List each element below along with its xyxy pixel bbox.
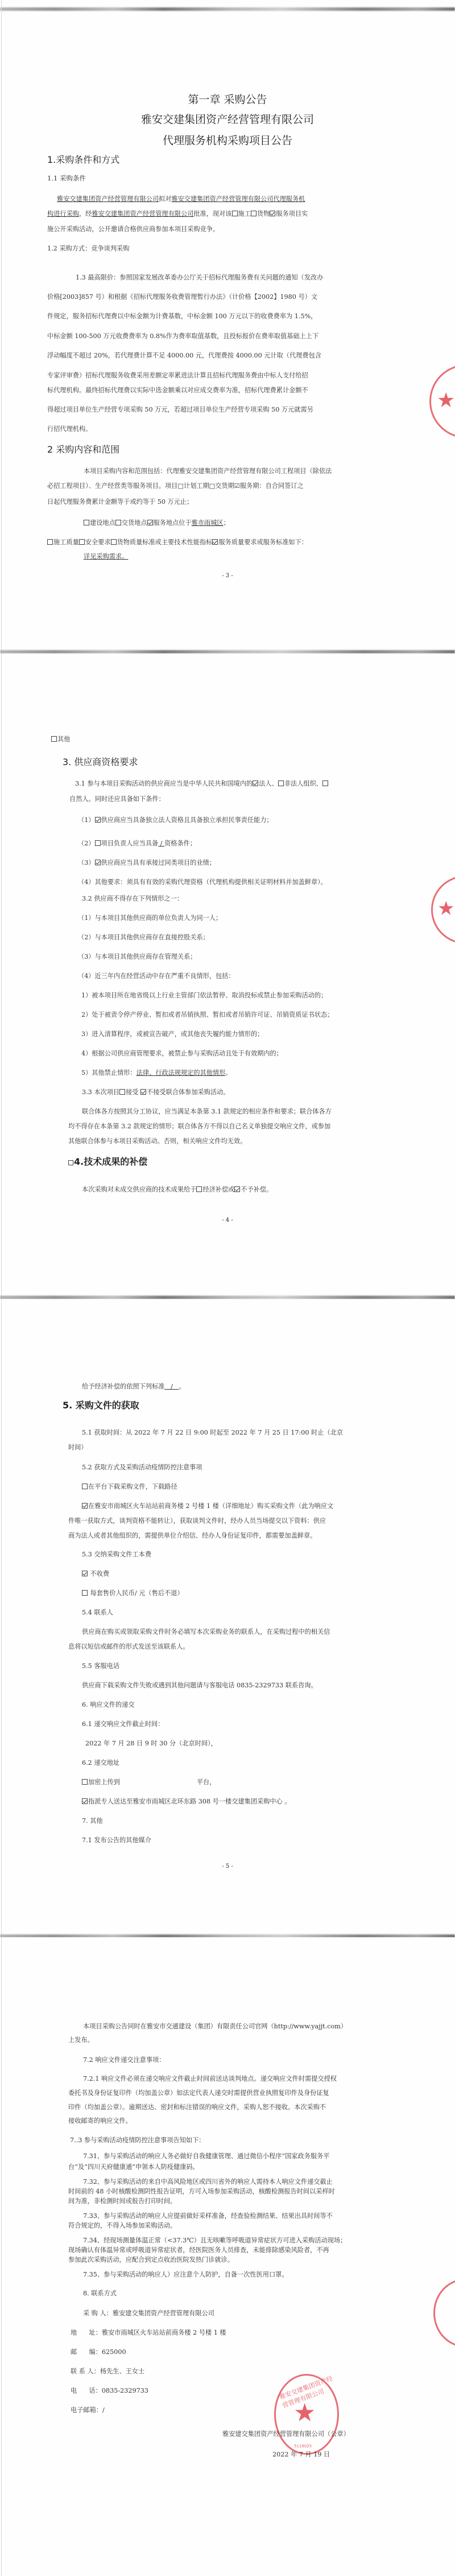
- section-6-2-label: 6.2 递交地址: [82, 1760, 119, 1766]
- section-1-3-line: 价格[2003]857 号）和根据《招标代理服务收费管理暂行办法》（计价格【20…: [47, 294, 317, 300]
- exclusion-item: （1）与本项目其他供应商的单位负责人为同一人；: [78, 915, 222, 921]
- section-6-label: 6. 响应文件的递交: [82, 1702, 135, 1708]
- checkbox-goods[interactable]: [251, 211, 257, 216]
- section-7-33-line: 符合规定的，不得入场参加采购活动。: [68, 2222, 176, 2229]
- section-7-1-line: 上发布。: [68, 2037, 94, 2043]
- section-3-3: 3.3 本次项目接受 不接受联合体参加采购活动。: [82, 1089, 230, 1095]
- section-7-3-label: 7..3 参与采购活动疫情防控注意事项告知如下：: [70, 2137, 205, 2143]
- page-number: - 4 -: [0, 1217, 455, 1223]
- section-1-2: 1.2 采购方式：竞争谈判采购: [47, 245, 129, 252]
- contact-postcode: 邮 编：625000: [71, 2349, 126, 2355]
- compensation-standard: 给予经济补偿的依照下列标准 / 。: [82, 1383, 185, 1390]
- qualification-item: （3）供应商应当具有承接过同类项目的业绩；: [78, 860, 216, 866]
- section-3-2-label: 3.2 供应商不得存在下列情形之一：: [82, 895, 183, 902]
- section-7-34-line: 参加此次采购活动，应配合到定点收治医院发热门诊就诊。: [68, 2257, 234, 2263]
- section-1-3-line: 标代理机构。最终招标代理费以实际中选金额乘以对应成交费率为准，招标代理费累计金额…: [47, 387, 308, 393]
- section-4-heading: 4.技术成果的补偿: [68, 1155, 147, 1168]
- section-2-quality: 施工质量安全要求货物质量标准或主要技术性能指标服务质量要求或服务标准如下：: [47, 539, 308, 545]
- checkbox-economic-compensation[interactable]: [196, 1186, 202, 1192]
- section-7-32-line: 7.32、参与采购活动的来自中高风险地区或四川省外的响应人需持本人响应文件递交截…: [83, 2179, 333, 2185]
- checkbox-service-quality[interactable]: [212, 539, 218, 545]
- checkbox-section-4[interactable]: [68, 1160, 73, 1165]
- page-4: 本项目采购公告同时在雅安市交通建设（集团）有限责任公司官网（http://www…: [0, 1937, 455, 2576]
- section-7-31-line: 台”及“四川天府健康通”申领本人防疫健康码。: [68, 2164, 199, 2170]
- section-3-3-line: 联合体各方按照其分工协议，应当满足本条第 3.1 款规定的相应条件和要求；联合体…: [82, 1108, 332, 1115]
- chapter-title: 第一章 采购公告: [0, 91, 455, 106]
- checkbox-legal-person[interactable]: [253, 780, 258, 786]
- company-seal-partial: [433, 2279, 455, 2347]
- page-number: - 3 -: [0, 573, 455, 579]
- checkbox-construction-quality[interactable]: [47, 539, 53, 545]
- contact-person: 联 系 人：杨先生、王女士: [71, 2368, 144, 2374]
- section-1-3-line: 浮动幅度不超过 20%，若代理费计算不足 4000.00 元，代理费按 4000…: [47, 352, 321, 359]
- section-5-heading: 5. 采购文件的获取: [63, 1398, 139, 1411]
- contact-phone: 电 话：0835-2329733: [71, 2388, 148, 2394]
- checkbox-qualification-2[interactable]: [95, 840, 101, 846]
- section-5-5-label: 5.5 客服电话: [82, 1663, 119, 1669]
- section-7-2-1-line: 接收邮寄的响应文件。: [68, 2118, 132, 2124]
- section-1-3-line: 专家评审费）招标代理服务收费采用差额定率累进法计算且招标代理服务费由中标人支付给…: [47, 372, 308, 379]
- checkbox-build-site[interactable]: [84, 520, 89, 525]
- section-3-3-line: 其他联合体参与本项目采购活动。否则，相关响应文件均无效。: [68, 1138, 246, 1144]
- page-2: 其他 3. 供应商资格要求 3.1 参与本项目采购活动的供应商应当是中华人民共和…: [0, 654, 455, 1299]
- signature-date: 2022 年 7 月 19 日: [272, 2451, 330, 2458]
- exclusion-sub-item: 1）被本项目所在地省级以上行业主管部门依法暂停、取消投标或禁止参加采购活动的；: [81, 992, 327, 999]
- section-1-3-line: 得超过项目单位生产经营专项采购 50 万元，若超过项目单位生产经营专项采购 50…: [47, 406, 313, 413]
- section-5-1-line-2: 时间）: [68, 1444, 88, 1451]
- section-6-1-label: 6.1 递交响应文件截止时间：: [82, 1721, 164, 1727]
- section-1-3-line: 1.3 最高限价：参照国家发展改革委办公厅关于招标代理服务费有关问题的通知（发改…: [76, 274, 323, 281]
- section-8-label: 8. 联系方式: [83, 2290, 117, 2296]
- exclusion-item: （2）与本项目其他供应商存在直接控股关系；: [78, 934, 209, 940]
- page-border: [1, 1937, 2, 2576]
- section-7-label: 7. 其他: [82, 1818, 103, 1824]
- section-7-2-1-line: 委托书及身份证复印件（均加盖公章）如法定代表人递交时需提供营业执照复印件及身份证…: [68, 2090, 329, 2096]
- section-1-1-label: 1.1 采购条件: [47, 175, 86, 182]
- company-seal-partial: ★: [429, 364, 455, 438]
- section-1-1-line-1: 雅安交建集团资产经营管理有限公司拟对雅安交建集团资产经营管理有限公司代理服务机: [57, 196, 305, 202]
- purchase-option: 在雅安市雨城区火车站站前商务楼 2 号楼 1 楼（详细地址）购买采购文件（此为响…: [82, 1503, 333, 1509]
- section-7-2-1-line: 印件（均加盖公章）。逾期送达、密封和标注错误的响应文件，采购人恕不接收。本次采购…: [68, 2104, 326, 2110]
- purchase-option-line: 商为法人或者其他组织的，需提供单位介绍信、经办人身份证复印件，都需要加盖鲜章。: [68, 1533, 316, 1539]
- exclusion-item: （4）近三年内在经营活动中存在严重不良情形，包括：: [78, 973, 235, 979]
- checkbox-safety[interactable]: [79, 539, 85, 545]
- checkbox-platform-download[interactable]: [82, 1484, 88, 1489]
- submission-deadline: 2022 年 7 月 28 日 9 时 30 分（北京时间），: [85, 1740, 217, 1747]
- checkbox-qualification-3[interactable]: [95, 860, 101, 865]
- checkbox-delivery-site[interactable]: [115, 520, 121, 525]
- contact-purchaser: 采 购 人：雅安建交集团资产经营管理有限公司: [83, 2310, 214, 2316]
- section-1-3-line: 件规定，服务招标代理费以中标金额为计费基数，中标金额 100 万元以下的收费费率…: [47, 313, 317, 319]
- fee-option-paid: 每套售价人民币/ 元（售后不退）: [82, 1590, 184, 1596]
- checkbox-accept-consortium[interactable]: [119, 1089, 125, 1095]
- section-2-location: 建设地点交货地点服务地点位于雅市雨城区；: [84, 520, 230, 526]
- qualification-item: （2）项目负责人应当具备 / 资格条件；: [78, 840, 196, 847]
- checkbox-hand-delivery[interactable]: [82, 1798, 88, 1804]
- page-number: - 5 -: [0, 1863, 455, 1870]
- exclusion-sub-item: 4）根据公司供应商管理要求，被禁止参与采购活动且处于有效期内的；: [81, 1050, 283, 1057]
- checkbox-other[interactable]: [51, 736, 57, 742]
- section-5-4-line: 息将以短信或邮件的形式发送至该联系人。: [68, 1644, 189, 1650]
- section-7-34-line: 现场确认有体温异常或呼吸道异常症状者，经医院医务人员排查，未能排除感染风险者，不…: [68, 2247, 329, 2253]
- section-7-32-line: 时间前的 48 小时核酸检测阴性报告证明，方可入场参加采购活动，核酸检测报告时间…: [68, 2188, 335, 2195]
- section-4-text: 本次采购对未成交供应商的技术成果给于经济补偿或不予补偿。: [82, 1186, 272, 1193]
- qualification-item: （4）其他要求：须具有有效的采购代理资格（代理机构提供相关证明材料并加盖鲜章）。: [78, 879, 327, 885]
- checkbox-service[interactable]: [270, 211, 275, 216]
- company-seal-partial: ★: [431, 876, 455, 944]
- section-5-1-line-1: 5.1 获取时间：从 2022 年 7 月 22 日 9:00 时起至 2022…: [82, 1429, 343, 1436]
- section-5-3-label: 5.3 交纳采购文件工本费: [82, 1551, 151, 1558]
- purchase-option-line: 件唯一获取方式，谈判资格不能转让），获取谈判文件时，经办人员当场提交以下资料：供…: [68, 1518, 326, 1524]
- checkbox-onsite-purchase[interactable]: [82, 1503, 88, 1509]
- section-7-32-line: 间为准，非检测时间或报告打印时间。: [68, 2198, 176, 2204]
- checkbox-natural-person[interactable]: [322, 780, 328, 786]
- section-2-quality-value: 详见采购需求。: [84, 553, 128, 560]
- checkbox-service-site[interactable]: [147, 520, 153, 525]
- contact-address: 地 址：雅安市雨城区火车站站前商务楼 2 号楼 1 楼: [71, 2330, 226, 2336]
- page-border: [1, 654, 2, 1299]
- company-title: 雅安交建集团资产经营管理有限公司: [0, 111, 455, 126]
- exclusion-sub-item: 5）其他禁止情形：法律、行政法规规定的其他情形。: [81, 1070, 231, 1076]
- page-border: [1, 1299, 2, 1937]
- section-1-3-line: 行招代理机构。: [47, 426, 92, 432]
- section-1-1-line-2: 构进行采购，经雅安交建集团资产经营管理有限公司批准，现对该施工货物服务项目实: [47, 211, 308, 217]
- section-1-1-line-3: 施公开采购活动，公开邀请合格供应商参加本项目采购竞争。: [47, 226, 219, 232]
- section-1-3-line: 中标金额 100-500 万元收费费率为 0.8%作为费率取值基数，且投标报价在…: [47, 333, 318, 339]
- checkbox-reject-consortium[interactable]: [140, 1089, 146, 1095]
- section-3-heading: 3. 供应商资格要求: [63, 755, 138, 768]
- checkbox-construction[interactable]: [232, 211, 238, 216]
- scan-edge-top: [0, 7, 455, 11]
- section-3-3-line: 均不得存在本条第 3.2 款规定的情形；联合体各方不得以自己名义单独提交响应文件…: [68, 1123, 330, 1129]
- contact-email: 电子邮箱：/: [71, 2407, 105, 2413]
- exclusion-sub-item: 2）处于被责令停产停业、暂扣或者吊销执照、暂扣或者吊销许可证、吊销资质证书状态；: [81, 1012, 333, 1018]
- download-option: 在平台下载采购文件，下载路径: [82, 1484, 177, 1490]
- checkbox-free[interactable]: [82, 1571, 88, 1576]
- delivery-option: 指派专人送达至雅安市雨城区北环东路 308 号一楼交建集团采购中心 。: [82, 1798, 291, 1805]
- section-7-31-line: 7.31、参与采购活动的响应人务必做好自我健康管理、通过微信小程序“国家政务服务…: [83, 2153, 329, 2159]
- upload-option: 加密上传到平台，: [82, 1779, 216, 1785]
- section-7-1-line: 本项目采购公告同时在雅安市交通建设（集团）有限责任公司官网（http://www…: [83, 2023, 347, 2029]
- checkbox-non-legal-org[interactable]: [278, 780, 284, 786]
- checkbox-qualification-1[interactable]: [95, 817, 101, 823]
- company-official-seal: ★ 雅安交建集团资产经营管理有限公司 5118025: [274, 2374, 339, 2455]
- section-5-4-line: 供应商在购买或领取采购文件时务必填写本次采购业务的联系人，在采购过程中的相关信: [82, 1629, 330, 1635]
- exclusion-item: （3）与本项目其他供应商存在管理关系；: [78, 954, 197, 960]
- section-3-1-line-2: 自然人。同时还应具备如下条件：: [69, 796, 165, 802]
- checkbox-goods-quality[interactable]: [111, 539, 117, 545]
- page-1: 第一章 采购公告 雅安交建集团资产经营管理有限公司 代理服务机构采购项目公告 1…: [0, 0, 455, 654]
- checkbox-no-compensation[interactable]: [234, 1186, 240, 1192]
- section-2-heading: 2 采购内容和范围: [47, 442, 119, 455]
- section-5-4-label: 5.4 联系人: [82, 1609, 113, 1616]
- section-1-heading: 1.采购条件和方式: [47, 153, 119, 166]
- section-5-2-label: 5.2 获取方式及采购活动疫情防控注意事项: [82, 1464, 202, 1470]
- qualification-item: （1）供应商应当具备独立法人资格且具备独立承担民事责任能力；: [78, 817, 273, 823]
- section-7-33-line: 7.33、参与采购活动的响应人应提前做好采样准备，经查验检测结果、结果出具时间等…: [83, 2213, 333, 2219]
- checkbox-paid[interactable]: [82, 1590, 88, 1596]
- section-7-1-label: 7.1 发布公告的其他媒介: [82, 1837, 151, 1843]
- section-2-line: 日起代理服务费累计金额等于或约等于 50 万元止；: [47, 499, 193, 505]
- section-7-35: 7.35、参与采购活动的响应人）应注意个人防护，自备一次性医用口罩。: [83, 2271, 288, 2278]
- section-3-1-line-1: 3.1 参与本项目采购活动的供应商应当是中华人民共和国境内的法人、非法人组织、: [75, 780, 329, 787]
- section-2-line: 必招工程项目）、生产经营类等服务项目。项目□计划工期□交货期☑服务期：自合同签订…: [47, 483, 304, 489]
- page-3: 给予经济补偿的依照下列标准 / 。 5. 采购文件的获取 5.1 获取时间：从 …: [0, 1299, 455, 1937]
- signature-company: 雅安建交集团资产经营管理有限公司（公章）: [222, 2431, 350, 2437]
- other-option: 其他: [51, 736, 70, 742]
- section-7-34-line: 7.34、经现场测量体温正常（<37.3℃）且无咳嗽等呼吸道异常症状方可进入采购…: [83, 2237, 346, 2244]
- checkbox-encrypted-upload[interactable]: [82, 1779, 88, 1785]
- section-7-2-1-line: 7.2.1 响应文件必须在递交响应文件截止时间前送达谈判地点。递交响应文件时需提…: [83, 2076, 337, 2082]
- fee-option-free: 不收费: [82, 1571, 109, 1577]
- section-5-5-text: 供应商下载采购文件失败或遇到其他问题请与客服电话 0835-2329733 联系…: [82, 1682, 317, 1688]
- section-7-2-label: 7.2 响应文件递交注意事项：: [83, 2057, 165, 2063]
- exclusion-sub-item: 3）进入清算程序，或被宣告破产，或其他丧失履约能力情形的；: [81, 1031, 263, 1037]
- notice-title: 代理服务机构采购项目公告: [0, 132, 455, 147]
- section-2-line: 本项目采购内容和范围包括：代理雅安交建集团资产经营管理有限公司工程项目（除依法: [84, 468, 332, 474]
